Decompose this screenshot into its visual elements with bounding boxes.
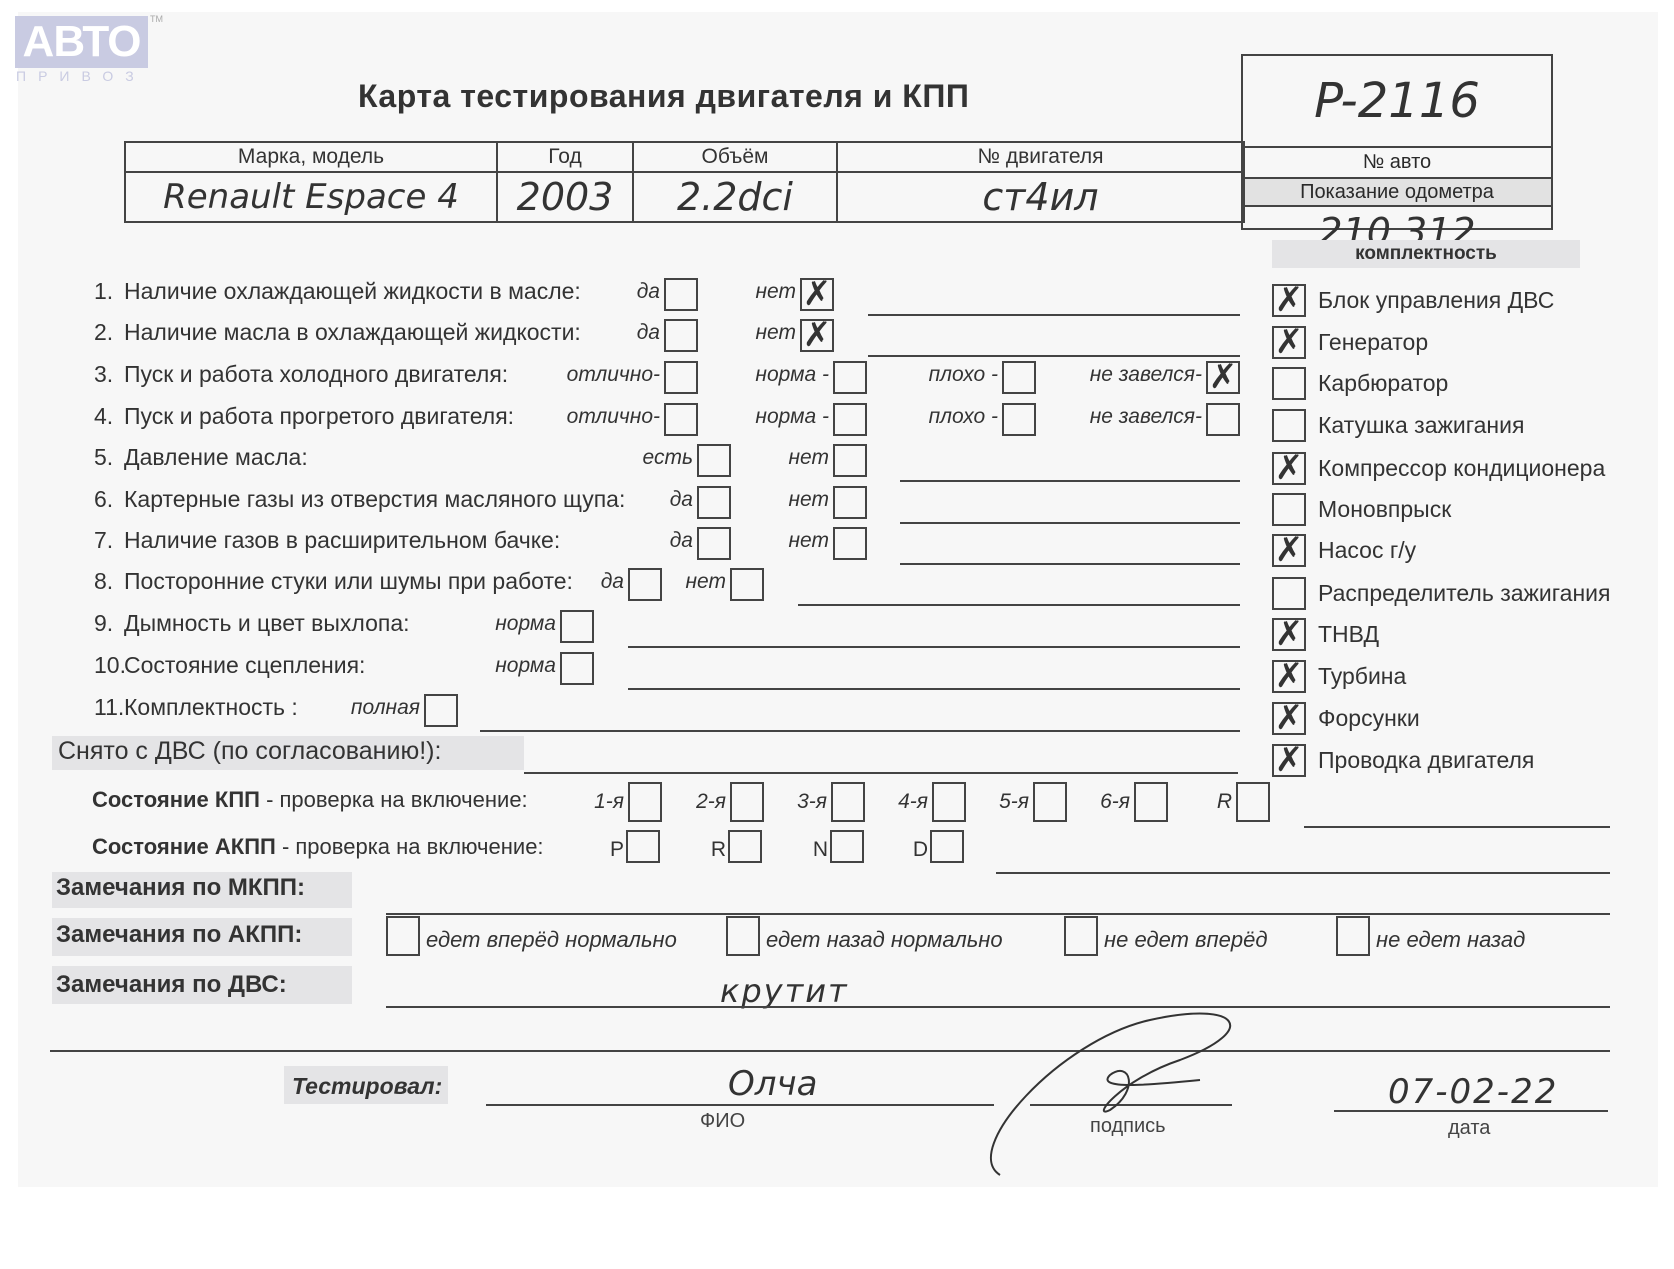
signature-scribble <box>0 0 1674 1269</box>
